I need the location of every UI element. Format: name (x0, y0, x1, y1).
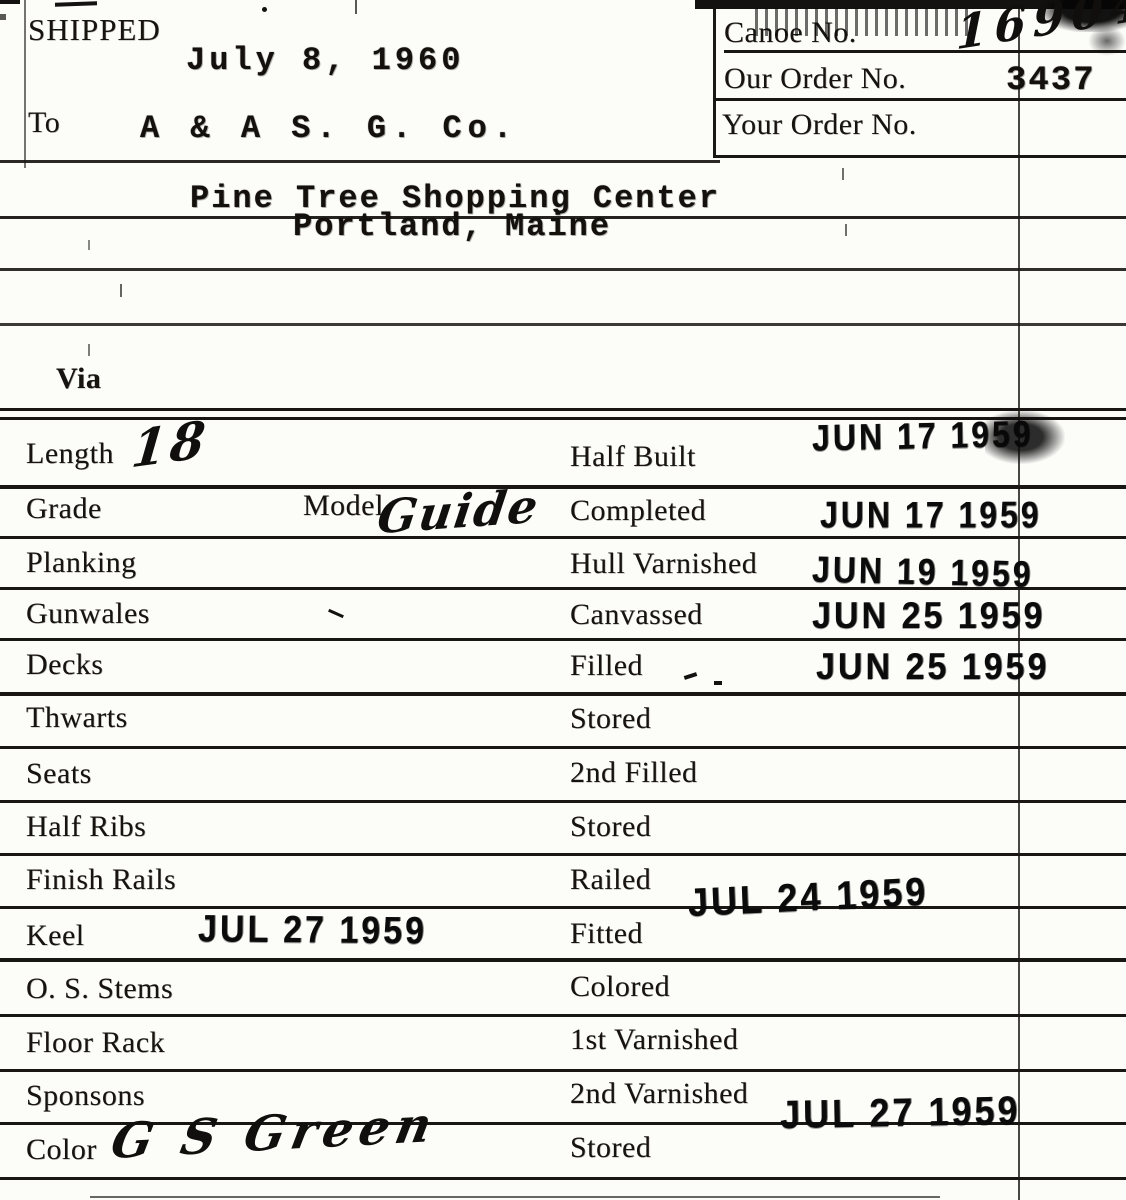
grade-label: Grade (26, 492, 102, 526)
rule-line (0, 268, 1126, 271)
decks-label: Decks (26, 648, 103, 682)
scan-streaks (755, 8, 970, 36)
pencil-mark (714, 681, 722, 685)
completed-date-stamp: JUN 17 1959 (820, 494, 1042, 537)
speck (120, 284, 122, 297)
length-value: 18 (129, 408, 212, 479)
corner-mark (0, 0, 20, 4)
length-label: Length (26, 437, 114, 471)
keel-label: Keel (26, 919, 85, 953)
rule-line (0, 1177, 1126, 1180)
filled-label: Filled (570, 649, 643, 683)
rule-line (0, 638, 1126, 641)
our-order-label: Our Order No. (724, 62, 906, 96)
hull-varnished-date-stamp: JUN 19 1959 (812, 548, 1034, 596)
canvassed-label: Canvassed (570, 598, 703, 632)
address-line2: Portland, Maine (293, 208, 611, 245)
railed-label: Railed (570, 863, 651, 897)
rule-line (0, 746, 1126, 749)
floor-rack-label: Floor Rack (26, 1026, 165, 1060)
canvassed-date-stamp: JUN 25 1959 (812, 595, 1045, 638)
canoe-no-underline (724, 50, 1126, 53)
half-ribs-label: Half Ribs (26, 810, 146, 844)
completed-label: Completed (570, 494, 706, 528)
first-varnished-label: 1st Varnished (570, 1023, 738, 1057)
speck (842, 168, 844, 180)
sponsons-label: Sponsons (26, 1079, 145, 1113)
corner-mark (55, 1, 97, 6)
speck (355, 0, 357, 14)
order-box-left-border (713, 0, 716, 158)
corner-mark (0, 14, 6, 20)
your-order-label: Your Order No. (722, 108, 917, 142)
stored-label: Stored (570, 810, 651, 844)
stored-label: Stored (570, 1131, 651, 1165)
second-filled-label: 2nd Filled (570, 756, 698, 790)
rule-line (0, 906, 1126, 909)
to-label: To (28, 106, 60, 140)
rule-line (0, 485, 1126, 489)
color-value: G S Green (106, 1097, 442, 1171)
consignee-value: A & A S. G. Co. (140, 110, 518, 147)
half-built-label: Half Built (570, 440, 696, 474)
rule-line (0, 408, 1126, 411)
stamp-smudge (985, 410, 1065, 464)
hull-varnished-label: Hull Varnished (570, 547, 757, 581)
order-box-bottom-border (713, 155, 1126, 158)
keel-date-stamp: JUL 27 1959 (198, 908, 427, 954)
finish-rails-label: Finish Rails (26, 863, 176, 897)
second-varnished-label: 2nd Varnished (570, 1077, 748, 1111)
seats-label: Seats (26, 757, 92, 791)
model-label: Model (303, 489, 384, 523)
speck (262, 7, 267, 12)
colored-label: Colored (570, 970, 670, 1004)
thwarts-label: Thwarts (26, 701, 128, 735)
our-order-value: 3437 (1006, 62, 1096, 100)
rule-line (0, 323, 1126, 326)
rule-line (0, 853, 1126, 856)
left-margin-line (24, 0, 26, 168)
filled-date-stamp: JUN 25 1959 (816, 646, 1049, 689)
rule-line (0, 1069, 1126, 1072)
model-value: Guide (374, 478, 543, 544)
gunwales-label: Gunwales (26, 597, 150, 631)
rule-line (0, 160, 720, 163)
speck (88, 240, 90, 250)
pencil-mark (328, 609, 344, 618)
second-varnished-date-stamp: JUL 27 1959 (780, 1087, 1021, 1138)
rule-line (0, 692, 1126, 696)
canoe-record-card: Canoe No. Our Order No. Your Order No. 1… (0, 0, 1126, 1200)
planking-label: Planking (26, 546, 137, 580)
shipped-label: SHIPPED (28, 12, 161, 48)
railed-date-stamp: JUL 24 1959 (687, 868, 929, 926)
rule-line (0, 958, 1126, 962)
stored-label: Stored (570, 702, 651, 736)
pencil-mark (684, 672, 698, 680)
rule-line (0, 1014, 1126, 1017)
speck (845, 224, 847, 236)
color-label: Color (26, 1133, 97, 1167)
rule-line (0, 800, 1126, 803)
via-label: Via (56, 362, 101, 396)
os-stems-label: O. S. Stems (26, 972, 173, 1006)
shipped-date-value: July 8, 1960 (186, 42, 464, 79)
speck (88, 344, 90, 356)
rule-line (90, 1196, 940, 1198)
fitted-label: Fitted (570, 917, 643, 951)
